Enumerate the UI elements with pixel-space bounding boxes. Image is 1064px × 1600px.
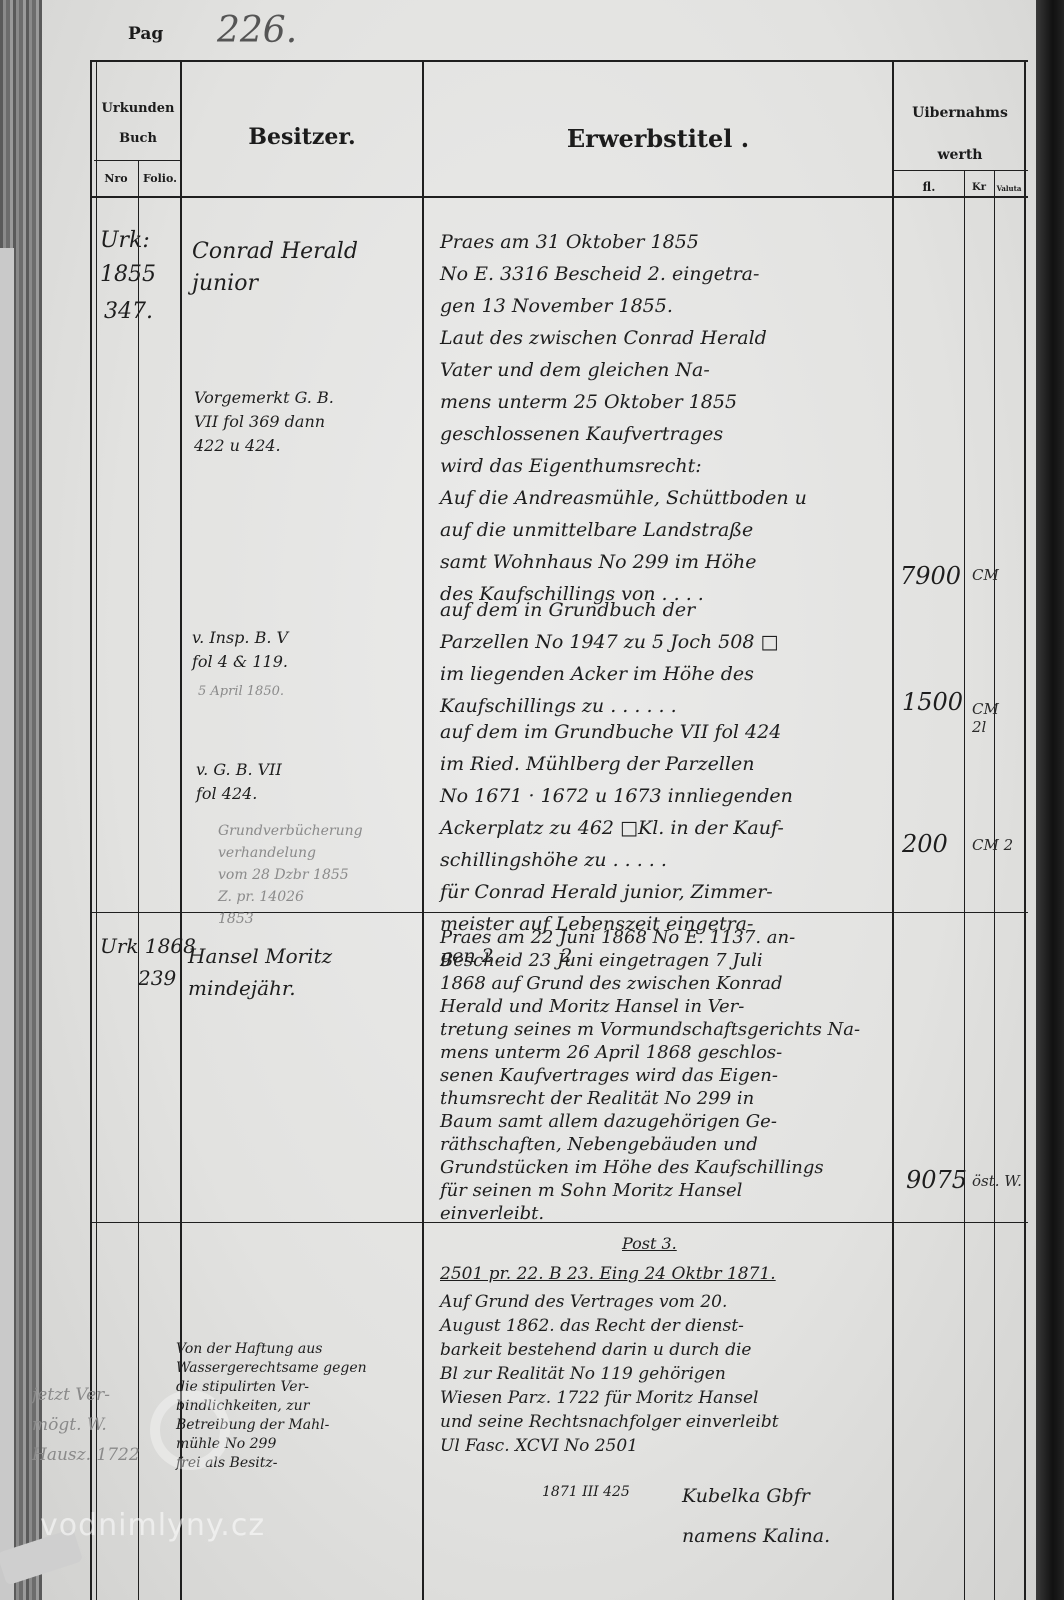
entry1-urkunden: Urk: 1855: [100, 224, 180, 292]
entry3-signature: Kubelka Gbfr namens Kalina.: [682, 1476, 830, 1556]
table-left-rule: [90, 60, 92, 1600]
page-edge-strip: [0, 248, 14, 1600]
watermark-mill-icon: [150, 1390, 230, 1470]
header-uibernahmswerth: Uibernahms werth: [894, 92, 1026, 176]
header-erwerbstitel: Erwerbstitel .: [424, 124, 892, 153]
entry1-besitzer-note-c: v. G. B. VII fol 424.: [196, 758, 282, 806]
erwerbstitel-col-rule: [422, 60, 424, 1600]
entry1-besitzer: Conrad Herald junior: [192, 236, 358, 300]
header-werth-line1: Uibernahms: [894, 92, 1026, 134]
entry3-file-ref: 1871 III 425: [542, 1482, 630, 1502]
entry1-amount-a: 7900: [900, 562, 961, 590]
table-left-rule-inner: [96, 60, 97, 1600]
werth-col-rule: [892, 62, 894, 1600]
header-kr: Kr: [964, 182, 994, 193]
entry1-erwerbstitel-b: auf dem in Grundbuch der Parzellen No 19…: [440, 594, 778, 722]
entry2-urkunden: Urk 1868: [100, 930, 196, 962]
entry2-folio: 239: [138, 962, 176, 994]
entry1-unit-b: CM 2l: [972, 700, 994, 736]
page-number: 226.: [217, 10, 297, 51]
header-bottom-rule: [90, 196, 1028, 198]
entry1-folio: 347.: [104, 296, 153, 328]
header-valuta: Valuta: [994, 184, 1024, 193]
header-urkunden-line1: Urkunden: [94, 94, 182, 124]
entry1-faint-note: Grundverbücherung verhandelung vom 28 Dz…: [218, 820, 363, 930]
header-urkunden-line2: Buch: [94, 124, 182, 154]
page-label: Pag: [128, 24, 163, 44]
book-right-edge: [1036, 0, 1064, 1600]
header-nro: Nro: [94, 172, 138, 185]
nro-folio-header-rule: [94, 160, 182, 161]
entry3-reference: 2501 pr. 22. B 23. Eing 24 Oktbr 1871.: [440, 1262, 776, 1286]
entry1-unit-a: CM: [972, 566, 999, 584]
entry2-amount: 9075: [906, 1166, 967, 1194]
entry2-unit: öst. W.: [972, 1172, 1022, 1190]
entry1-erwerbstitel-a: Praes am 31 Oktober 1855 No E. 3316 Besc…: [440, 226, 807, 610]
register-page: Pag 226. Urkunden Buch Nro Folio. Besitz…: [42, 0, 1036, 1600]
entry1-amount-c: 200: [902, 830, 948, 858]
entry1-besitzer-date: 5 April 1850.: [198, 680, 284, 704]
entry1-amount-b: 1500: [902, 688, 963, 716]
entry2-besitzer: Hansel Moritz mindejähr.: [188, 940, 332, 1004]
watermark-text: vodnimlyny.cz: [40, 1508, 265, 1543]
table-right-rule: [1024, 62, 1026, 1600]
kr-col-rule: [964, 170, 965, 1600]
entry3-post-heading: Post 3.: [622, 1234, 677, 1254]
entry3-erwerbstitel: Auf Grund des Vertrages vom 20. August 1…: [440, 1290, 779, 1458]
table-top-rule: [90, 60, 1028, 62]
header-besitzer: Besitzer.: [182, 124, 422, 150]
entry1-besitzer-note-b: v. Insp. B. V fol 4 & 119.: [192, 626, 288, 674]
header-urkunden: Urkunden Buch: [94, 94, 182, 154]
header-werth-line2: werth: [894, 134, 1026, 176]
header-fl: fl.: [894, 180, 964, 194]
entry1-unit-c: CM 2: [972, 836, 1013, 854]
entry1-besitzer-note-a: Vorgemerkt G. B. VII fol 369 dann 422 u …: [194, 386, 334, 458]
valuta-col-rule: [994, 170, 995, 1600]
entry3-marginal-note: jetzt Ver- mögt. W. Hausz. 1722: [32, 1380, 140, 1470]
header-folio: Folio.: [138, 172, 182, 185]
entry2-erwerbstitel: Praes am 22 Juni 1868 No E. 1137. an- Be…: [440, 926, 860, 1225]
